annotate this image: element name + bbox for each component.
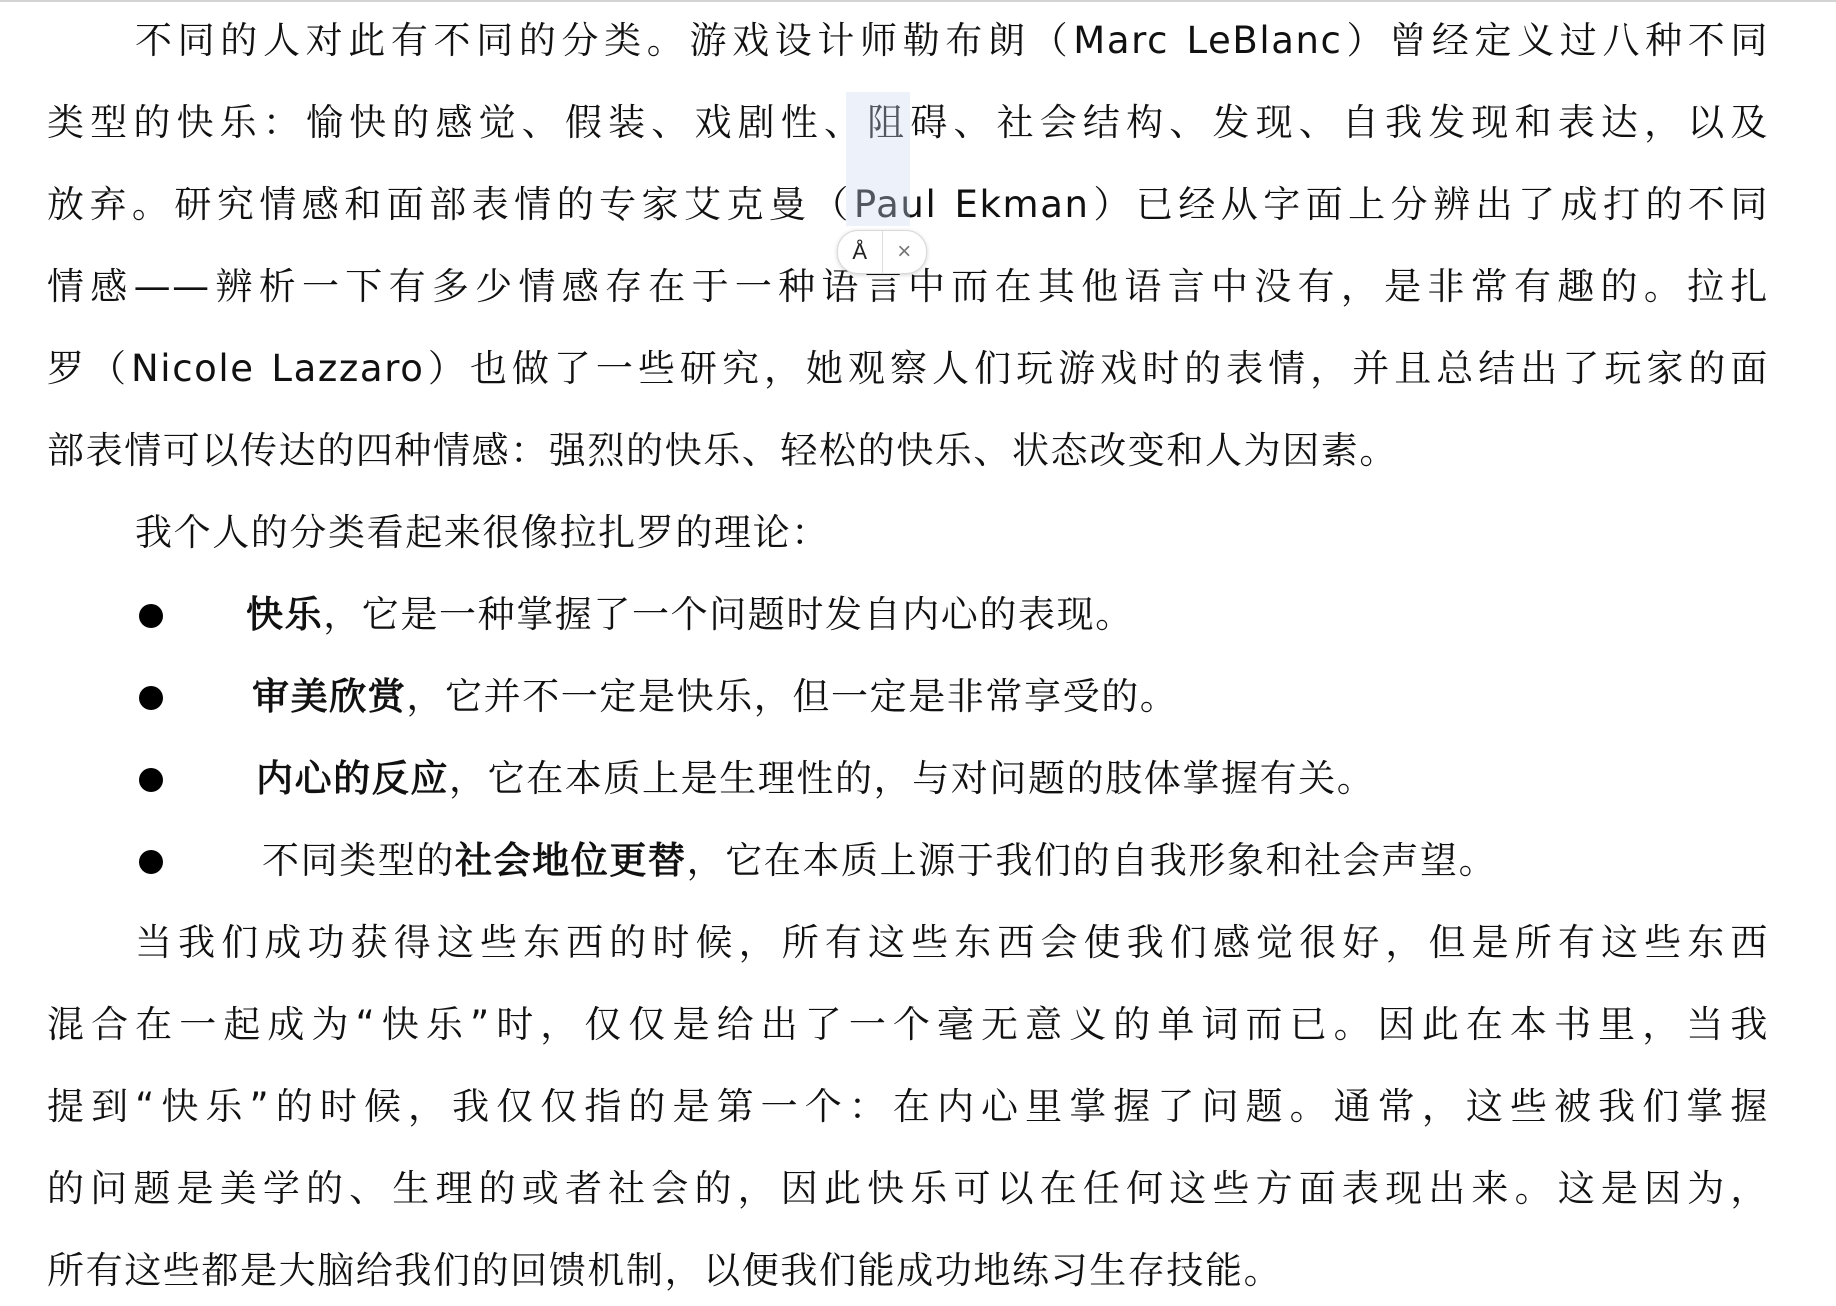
paragraph-1-line-5: 罗（Nicole Lazzaro）也做了一些研究，她观察人们玩游戏时的表情，并且… (47, 328, 1769, 410)
bullet-text: 审美欣赏，它并不一定是快乐，但一定是非常享受的。 (252, 656, 1178, 738)
bullet-term: 内心的反应 (256, 757, 449, 800)
paragraph-3-line-4: 的问题是美学的、生理的或者社会的，因此快乐可以在任何这些方面表现出来。这是因为， (47, 1148, 1769, 1230)
bullet-description: ，它在本质上源于我们的自我形象和社会声望。 (687, 839, 1498, 882)
bullet-item-4: 不同类型的社会地位更替，它在本质上源于我们的自我形象和社会声望。 (0, 820, 1836, 902)
paragraph-3-line-3: 提到“快乐”的时候，我仅仅指的是第一个：在内心里掌握了问题。通常，这些被我们掌握 (47, 1066, 1769, 1148)
bullet-text: 快乐，它是一种掌握了一个问题时发自内心的表现。 (246, 574, 1134, 656)
close-icon: × (897, 238, 911, 266)
bullet-item-2: 审美欣赏，它并不一定是快乐，但一定是非常享受的。 (0, 656, 1836, 738)
paragraph-3-line-5: 所有这些都是大脑给我们的回馈机制，以便我们能成功地练习生存技能。 (47, 1230, 1769, 1306)
bullet-term: 社会地位更替 (455, 839, 687, 882)
paragraph-3-line-1: 当我们成功获得这些东西的时候，所有这些东西会使我们感觉很好，但是所有这些东西 (135, 902, 1769, 984)
translate-button[interactable]: Å (838, 231, 882, 273)
paragraph-3-line-2: 混合在一起成为“快乐”时，仅仅是给出了一个毫无意义的单词而已。因此在本书里，当我 (47, 984, 1769, 1066)
bullet-description: ，它在本质上是生理性的，与对问题的肢体掌握有关。 (449, 757, 1375, 800)
bullet-text: 内心的反应，它在本质上是生理性的，与对问题的肢体掌握有关。 (256, 738, 1375, 820)
bullet-term: 快乐 (246, 593, 323, 636)
paragraph-1-line-1: 不同的人对此有不同的分类。游戏设计师勒布朗（Marc LeBlanc）曾经定义过… (135, 0, 1769, 82)
bullet-dot-icon (139, 768, 163, 792)
bullet-term: 审美欣赏 (252, 675, 406, 718)
bullet-prefix: 不同类型的 (262, 839, 455, 882)
paragraph-1-line-6: 部表情可以传达的四种情感：强烈的快乐、轻松的快乐、状态改变和人为因素。 (47, 410, 1769, 492)
bullet-item-3: 内心的反应，它在本质上是生理性的，与对问题的肢体掌握有关。 (0, 738, 1836, 820)
bullet-dot-icon (139, 850, 163, 874)
paragraph-2: 我个人的分类看起来很像拉扎罗的理论： (135, 492, 1769, 574)
bullet-description: ，它是一种掌握了一个问题时发自内心的表现。 (323, 593, 1134, 636)
bullet-description: ，它并不一定是快乐，但一定是非常享受的。 (406, 675, 1178, 718)
bullet-dot-icon (139, 604, 163, 628)
selection-popup: Å × (837, 230, 927, 274)
bullet-dot-icon (139, 686, 163, 710)
bullet-text: 不同类型的社会地位更替，它在本质上源于我们的自我形象和社会声望。 (262, 820, 1497, 902)
bullet-item-1: 快乐，它是一种掌握了一个问题时发自内心的表现。 (0, 574, 1836, 656)
paragraph-1-line-2: 类型的快乐：愉快的感觉、假装、戏剧性、阻碍、社会结构、发现、自我发现和表达，以及 (47, 82, 1769, 164)
close-popup-button[interactable]: × (883, 231, 927, 273)
translate-icon: Å (852, 239, 867, 265)
